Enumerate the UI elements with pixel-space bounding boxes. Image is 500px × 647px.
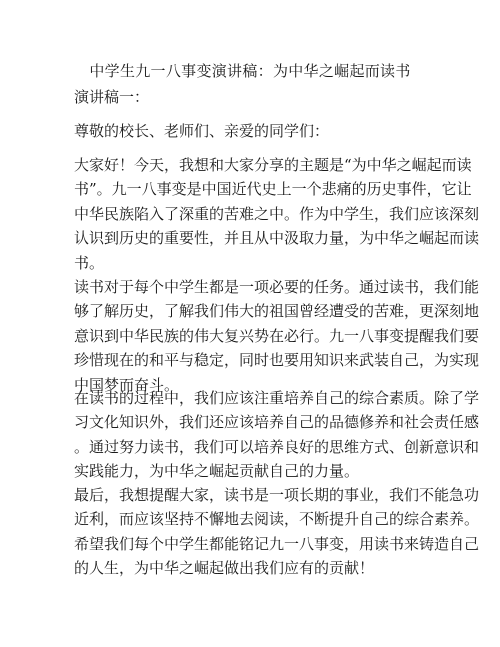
paragraph-line: 习文化知识外，我们还应该培养自己的品德修养和社会责任感 xyxy=(74,410,428,434)
paragraph-line: 意识到中华民族的伟大复兴势在必行。九一八事变提醒我们要 xyxy=(74,324,428,348)
paragraph-line: 。通过努力读书，我们可以培养良好的思维方式、创新意识和 xyxy=(74,435,428,459)
paragraph-line: 书。 xyxy=(74,251,428,275)
paragraph-3: 在读书的过程中，我们应该注重培养自己的综合素质。除了学 习文化知识外，我们还应该… xyxy=(74,386,428,484)
document-title: 中学生九一八事变演讲稿：为中华之崛起而读书 xyxy=(0,60,500,82)
paragraph-line: 近利，而应该坚持不懈地去阅读，不断提升自己的综合素养。 xyxy=(74,507,428,531)
paragraph-line: 中华民族陷入了深重的苦难之中。作为中学生，我们应该深刻 xyxy=(74,202,428,226)
speech-subtitle: 演讲稿一： xyxy=(74,86,149,108)
paragraph-line: 珍惜现在的和平与稳定，同时也要用知识来武装自己，为实现 xyxy=(74,348,428,372)
paragraph-line: 认识到历史的重要性，并且从中汲取力量，为中华之崛起而读 xyxy=(74,226,428,250)
paragraph-line: 希望我们每个中学生都能铭记九一八事变，用读书来铸造自己 xyxy=(74,532,428,556)
paragraph-4: 最后，我想提醒大家，读书是一项长期的事业，我们不能急功 近利，而应该坚持不懈地去… xyxy=(74,483,428,581)
document-page: 中学生九一八事变演讲稿：为中华之崛起而读书 演讲稿一： 尊敬的校长、老师们、亲爱… xyxy=(0,0,500,647)
paragraph-line: 实践能力，为中华之崛起贡献自己的力量。 xyxy=(74,459,428,483)
paragraph-1: 大家好！今天，我想和大家分享的主题是“为中华之崛起而读 书”。九一八事变是中国近… xyxy=(74,153,428,275)
paragraph-line: 的人生，为中华之崛起做出我们应有的贡献！ xyxy=(74,556,428,580)
paragraph-line: 够了解历史，了解我们伟大的祖国曾经遭受的苦难，更深刻地 xyxy=(74,299,428,323)
paragraph-line: 读书对于每个中学生都是一项必要的任务。通过读书，我们能 xyxy=(74,275,428,299)
paragraph-line: 书”。九一八事变是中国近代史上一个悲痛的历史事件，它让 xyxy=(74,177,428,201)
paragraph-line: 大家好！今天，我想和大家分享的主题是“为中华之崛起而读 xyxy=(74,153,428,177)
paragraph-line: 在读书的过程中，我们应该注重培养自己的综合素质。除了学 xyxy=(74,386,428,410)
salutation: 尊敬的校长、老师们、亲爱的同学们： xyxy=(74,120,329,142)
paragraph-2: 读书对于每个中学生都是一项必要的任务。通过读书，我们能 够了解历史，了解我们伟大… xyxy=(74,275,428,397)
paragraph-line: 最后，我想提醒大家，读书是一项长期的事业，我们不能急功 xyxy=(74,483,428,507)
